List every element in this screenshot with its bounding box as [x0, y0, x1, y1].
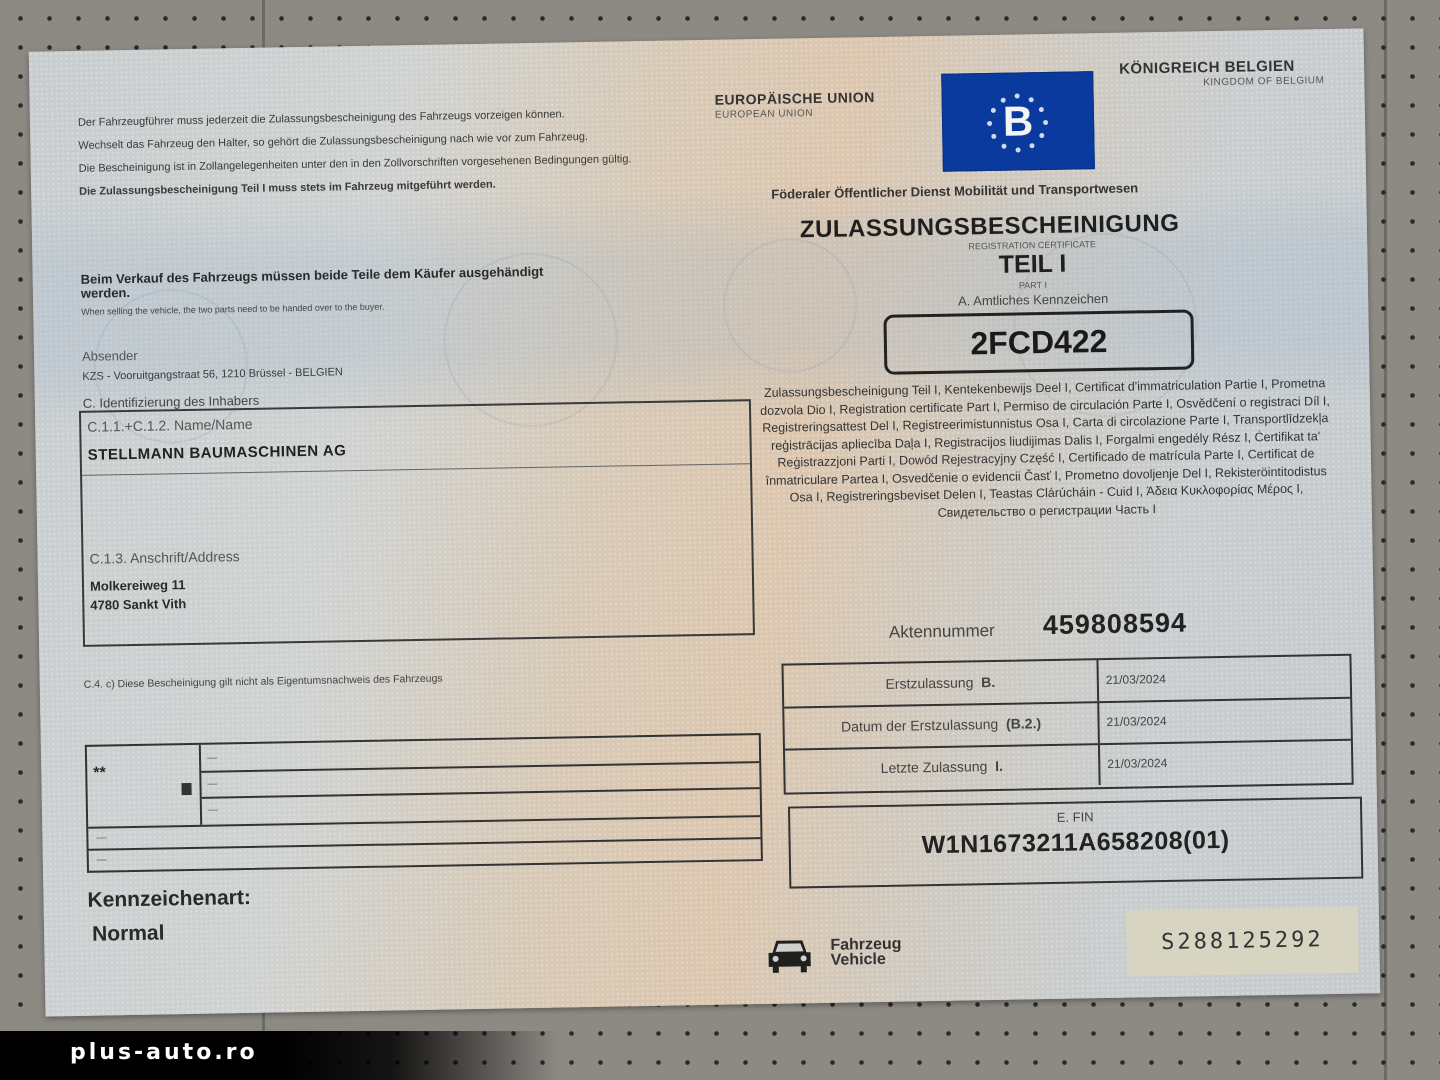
date-value: 21/03/2024: [1107, 743, 1168, 785]
address-label: C.1.3. Anschrift/Address: [89, 548, 239, 567]
vin-box: E. FIN W1N1673211A658208(01): [788, 797, 1363, 889]
watermark-banner-text: plus-auto.ro: [70, 1040, 258, 1065]
ownership-note: C.4. c) Diese Bescheinigung gilt nicht a…: [84, 673, 443, 691]
star-icon: [1001, 98, 1006, 103]
vehicle-label-en: Vehicle: [831, 952, 902, 968]
star-icon: [1029, 97, 1034, 102]
eu-label: EUROPÄISCHE UNION: [714, 89, 874, 108]
languages-text: Zulassungsbescheinigung Teil I, Kenteken…: [755, 375, 1337, 525]
date-value: 21/03/2024: [1105, 659, 1166, 701]
stars-marker: **: [93, 764, 106, 782]
kingdom-label: KÖNIGREICH BELGIEN: [1119, 58, 1295, 78]
date-value: 21/03/2024: [1106, 701, 1167, 743]
star-icon: [987, 121, 992, 126]
eu-label-en: EUROPEAN UNION: [715, 108, 813, 121]
star-icon: [1043, 120, 1048, 125]
registration-dates-table: Erstzulassung B. 21/03/2024 Datum der Er…: [781, 654, 1353, 795]
notice-line: Die Zulassungsbescheinigung Teil I muss …: [79, 176, 659, 199]
car-icon: [766, 934, 813, 975]
watermark-banner: plus-auto.ro: [0, 1031, 560, 1080]
date-label: Letzte Zulassung I.: [785, 744, 1101, 790]
date-label: Datum der Erstzulassung (B.2.): [784, 702, 1100, 748]
plate-type-value: Normal: [92, 921, 165, 946]
kingdom-label-en: KINGDOM OF BELGIUM: [1169, 75, 1324, 89]
eu-flag: B: [941, 71, 1095, 172]
date-label: Erstzulassung B.: [784, 660, 1100, 706]
name-divider: [82, 463, 750, 476]
dates-row: Letzte Zulassung I. 21/03/2024: [785, 740, 1352, 791]
star-icon: [1001, 144, 1006, 149]
star-icon: [1039, 107, 1044, 112]
star-icon: [1016, 147, 1021, 152]
name-label: C.1.1.+C.1.2. Name/Name: [87, 416, 253, 435]
registration-certificate: Der Fahrzeugführer muss jederzeit die Zu…: [29, 28, 1381, 1016]
stars-table: ** — — — — —: [85, 733, 763, 873]
leather-seam: [1384, 0, 1387, 1080]
star-icon: [1015, 93, 1020, 98]
star-icon: [991, 134, 996, 139]
address-line-1: Molkereiweg 11: [90, 575, 186, 596]
serial-number: S288125292: [1126, 907, 1359, 977]
holder-name: STELLMANN BAUMASCHINEN AG: [88, 442, 347, 464]
notice-line: Wechselt das Fahrzeug den Halter, so geh…: [78, 130, 658, 153]
part-label: TEIL I: [932, 248, 1132, 280]
stars-mark-icon: [181, 783, 191, 795]
file-number-label: Aktennummer: [889, 621, 995, 643]
vin-value: W1N1673211A658208(01): [790, 824, 1360, 863]
notice-line: Der Fahrzeugführer muss jederzeit die Zu…: [78, 107, 658, 130]
file-number-value: 459808594: [1043, 608, 1188, 642]
vehicle-label: Fahrzeug Vehicle: [830, 937, 902, 968]
star-icon: [1029, 143, 1034, 148]
holder-box: C.1.1.+C.1.2. Name/Name STELLMANN BAUMAS…: [79, 399, 755, 647]
country-letter: B: [943, 96, 1094, 147]
notices: Der Fahrzeugführer muss jederzeit die Zu…: [78, 107, 660, 209]
license-plate: 2FCD422: [883, 309, 1194, 374]
star-icon: [1039, 133, 1044, 138]
plate-type-label: Kennzeichenart:: [87, 886, 251, 913]
notice-line: Die Bescheinigung ist in Zollangelegenhe…: [79, 153, 659, 176]
sender-label: Absender: [82, 348, 138, 364]
star-icon: [991, 108, 996, 113]
address-line-2: 4780 Sankt Vith: [90, 594, 186, 615]
